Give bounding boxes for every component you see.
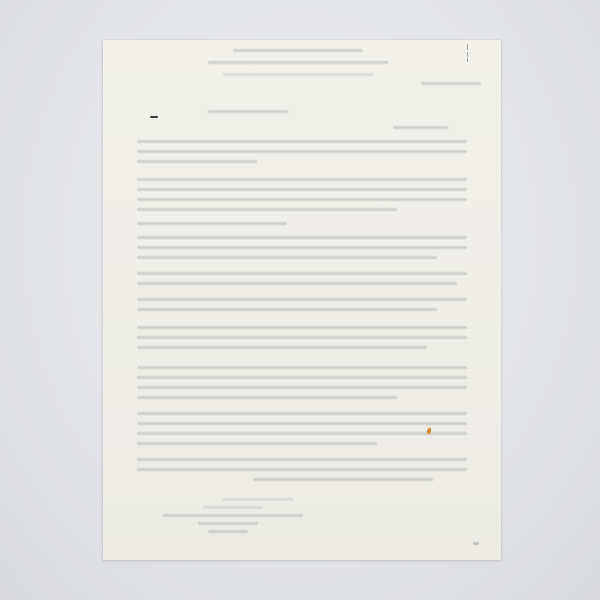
signature-line xyxy=(208,530,248,533)
date-line xyxy=(421,82,481,85)
closing-line xyxy=(223,498,293,501)
pencil-mark xyxy=(467,52,468,57)
ink-mark xyxy=(150,116,158,118)
smudge-mark xyxy=(473,542,479,545)
header-line xyxy=(233,49,363,52)
header-line xyxy=(208,61,388,64)
reference-line xyxy=(393,126,448,129)
signature-line xyxy=(163,514,303,517)
pencil-mark xyxy=(467,58,468,62)
reference-line xyxy=(208,110,288,113)
header-subline xyxy=(223,73,373,76)
signature-line xyxy=(198,522,258,525)
letter-sheet: text too faint to read xyxy=(103,40,501,560)
pencil-mark xyxy=(467,44,468,50)
signature-line xyxy=(203,506,263,509)
